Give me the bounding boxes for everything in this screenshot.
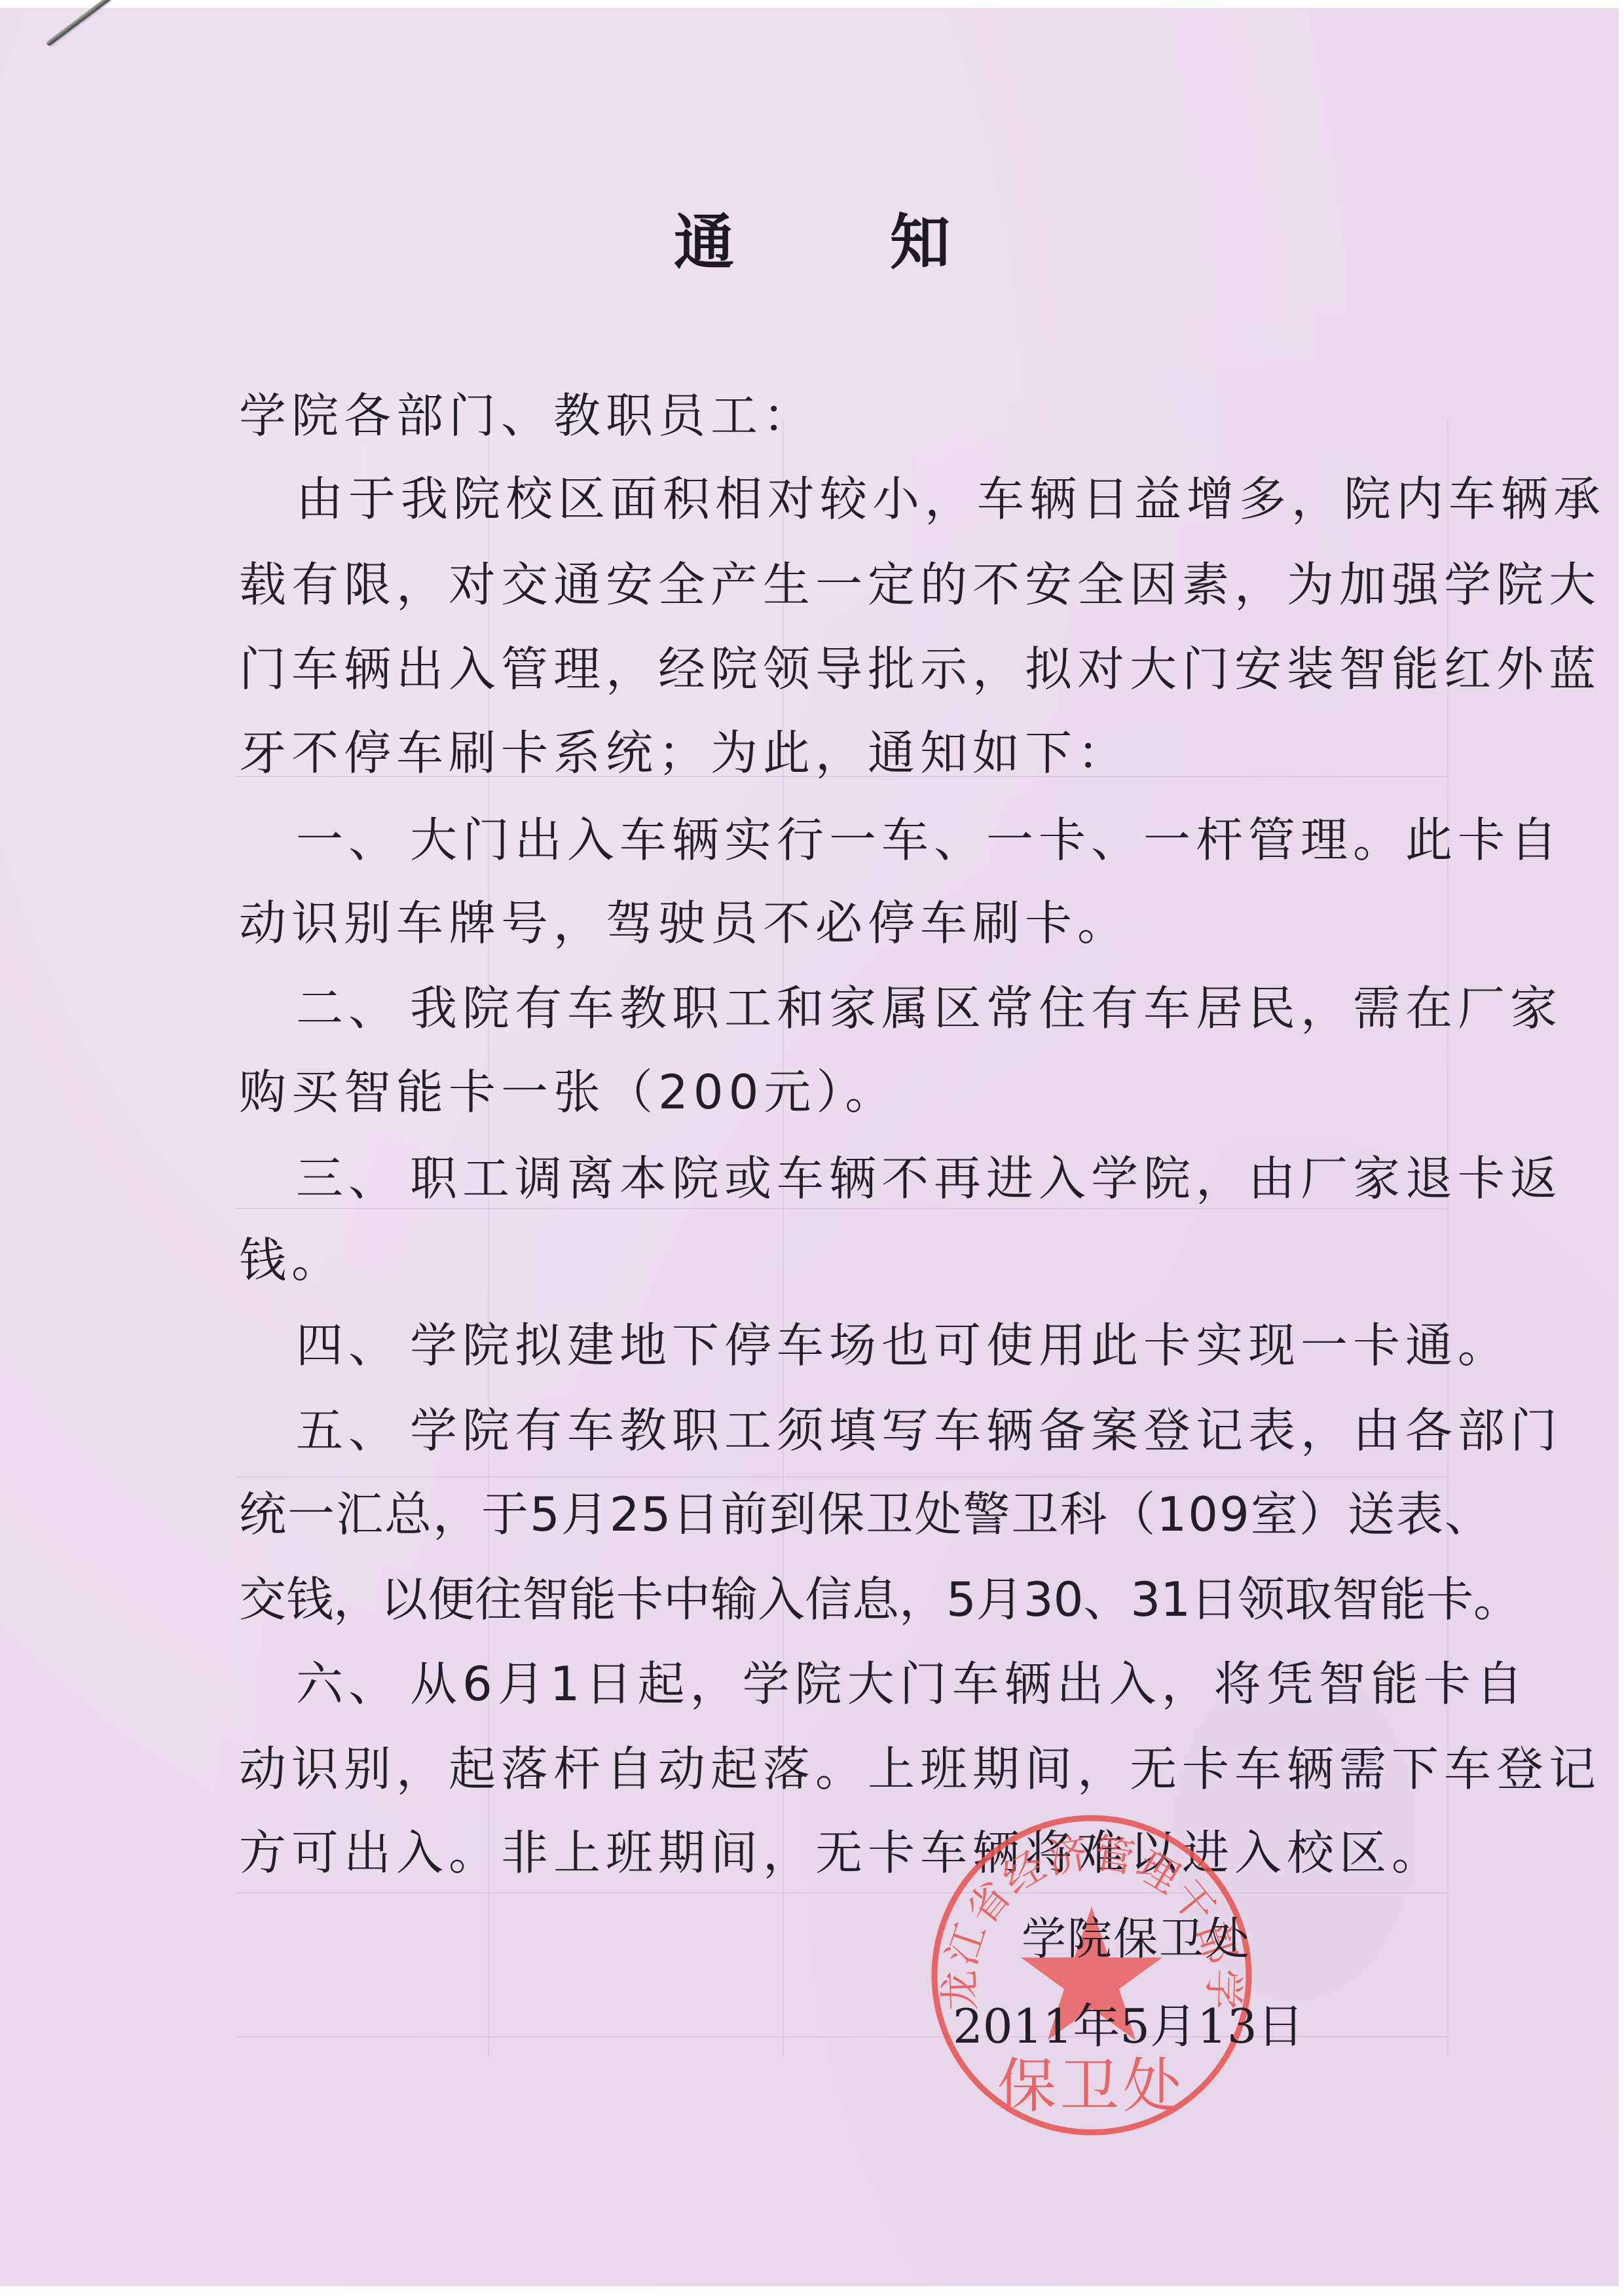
title-char: 知 [887,208,953,276]
item-text: 统一汇总，于5月25日前到保卫处警卫科（109室）送表、 [239,1485,1493,1544]
item-number: 二、 [296,979,410,1038]
item-text: 购买智能卡一张（200元）。 [239,1063,897,1121]
item-number: 一、 [296,811,410,869]
list-item: 三、职工调离本院或车辆不再进入学院，由厂家退卡返 [296,1149,1562,1208]
stamp-center-text: 保卫处 [997,2052,1186,2121]
list-item: 二、我院有车教职工和家属区常住有车居民，需在厂家 [296,979,1562,1038]
issue-date: 2011年5月13日 [953,1997,1304,2056]
signature: 学院保卫处 [1022,1910,1251,1969]
item-text: 方可出入。非上班期间，无卡车辆将难以进入校区。 [239,1823,1444,1882]
item-number: 五、 [296,1401,410,1460]
paper-sheet [0,8,1619,2286]
intro-line: 门车辆出入管理，经院领导批示，拟对大门安装智能红外蓝 [239,640,1601,699]
item-text: 学院有车教职工须填写车辆备案登记表，由各部门 [410,1403,1562,1458]
item-number: 三、 [296,1149,410,1208]
intro-line: 载有限，对交通安全产生一定的不安全因素，为加强学院大 [239,555,1601,614]
item-text: 职工调离本院或车辆不再进入学院，由厂家退卡返 [410,1151,1562,1206]
official-seal: 黑龙江省经济管理干部学院 保卫处 [925,1808,1259,2142]
list-item: 五、学院有车教职工须填写车辆备案登记表，由各部门 [296,1401,1562,1460]
ghost-line [236,1208,1447,1209]
item-text: 学院拟建地下停车场也可使用此卡实现一卡通。 [410,1318,1510,1373]
item-text: 动识别车牌号，驾驶员不必停车刷卡。 [239,894,1130,953]
item-text: 从6月1日起，学院大门车辆出入，将凭智能卡自 [410,1656,1528,1711]
item-number: 四、 [296,1316,410,1375]
intro-line: 牙不停车刷卡系统；为此，通知如下： [239,723,1130,782]
list-item: 六、从6月1日起，学院大门车辆出入，将凭智能卡自 [296,1654,1528,1713]
page-title: 通知 [0,208,1624,276]
list-item: 一、大门出入车辆实行一车、一卡、一杆管理。此卡自 [296,811,1562,869]
item-number: 六、 [296,1654,410,1713]
ghost-line [236,1476,1447,1478]
list-item: 四、学院拟建地下停车场也可使用此卡实现一卡通。 [296,1316,1510,1375]
salutation: 学院各部门、教职员工： [239,386,815,445]
item-text: 交钱，以便往智能卡中输入信息，5月30、31日领取智能卡。 [239,1570,1521,1629]
item-text: 钱。 [239,1231,344,1290]
title-char: 通 [671,208,737,276]
item-text: 大门出入车辆实行一车、一卡、一杆管理。此卡自 [410,812,1562,867]
item-text: 我院有车教职工和家属区常住有车居民，需在厂家 [410,981,1562,1036]
ghost-line [236,1892,1447,1893]
intro-line: 由于我院校区面积相对较小，车辆日益增多，院内车辆承 [296,469,1606,528]
item-text: 动识别，起落杆自动起落。上班期间，无卡车辆需下车登记 [239,1740,1601,1798]
